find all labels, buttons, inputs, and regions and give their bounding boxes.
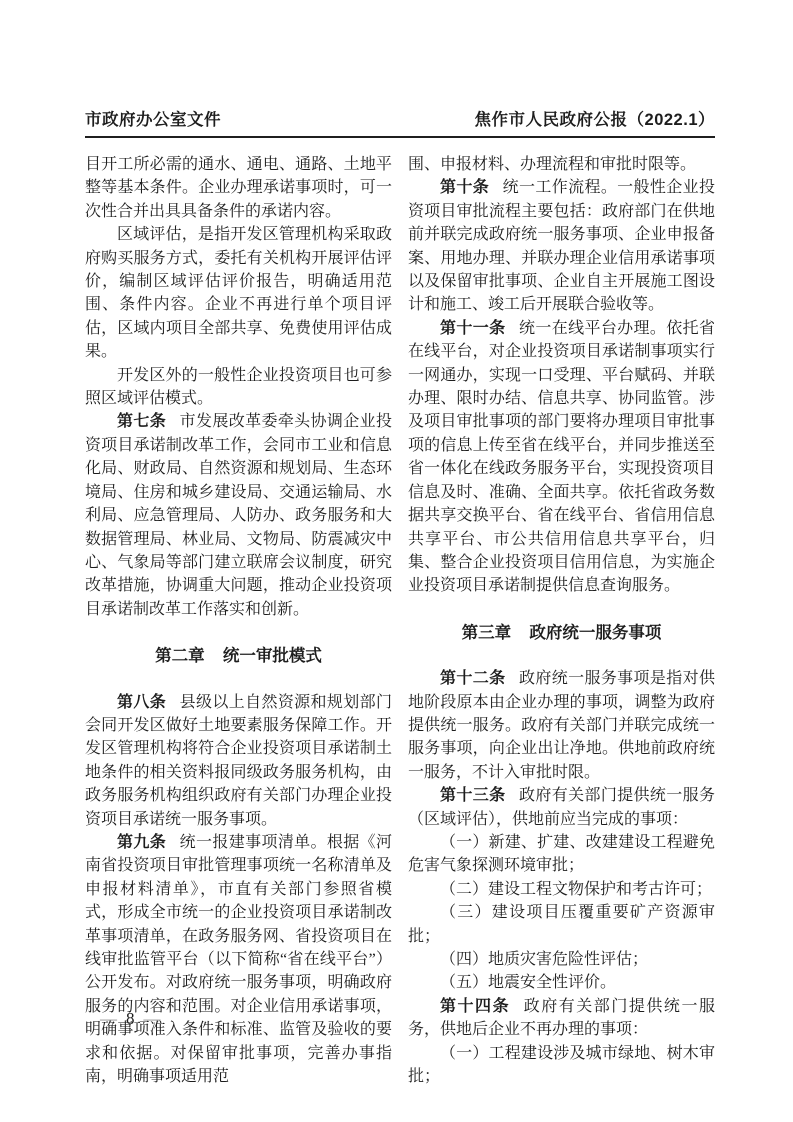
article-14-paragraph: 第十四条政府有关部门提供统一服务，供地后企业不再办理的事项： xyxy=(408,995,715,1042)
article-9-paragraph: 第九条统一报建事项清单。根据《河南省投资项目审批管理事项统一名称清单及申报材料清… xyxy=(85,831,392,1088)
body-paragraph: 目开工所必需的通水、通电、通路、土地平整等基本条件。企业办理承诺事项时，可一次性… xyxy=(85,153,392,223)
left-column: 目开工所必需的通水、通电、通路、土地平整等基本条件。企业办理承诺事项时，可一次性… xyxy=(85,153,392,1088)
article-10-text: 统一工作流程。一般性企业投资项目审批流程主要包括：政府部门在供地前并联完成政府统… xyxy=(408,179,715,313)
body-paragraph: 围、申报材料、办理流程和审批时限等。 xyxy=(408,153,715,176)
list-item: （三）建设项目压覆重要矿产资源审批； xyxy=(408,901,715,948)
article-12-paragraph: 第十二条政府统一服务事项是指对供地阶段原本由企业办理的事项，调整为政府提供统一服… xyxy=(408,667,715,784)
article-14-number: 第十四条 xyxy=(440,998,510,1015)
article-11-number: 第十一条 xyxy=(440,320,505,337)
article-8-paragraph: 第八条县级以上自然资源和规划部门会同开发区做好土地要素服务保障工作。开发区管理机… xyxy=(85,691,392,831)
chapter-3-heading: 第三章政府统一服务事项 xyxy=(408,621,715,644)
article-7-paragraph: 第七条市发展改革委牵头协调企业投资项目承诺制改革工作，会同市工业和信息化局、财政… xyxy=(85,410,392,621)
list-item: （五）地震安全性评价。 xyxy=(408,971,715,994)
page-number-dash-right: — xyxy=(144,1009,161,1028)
article-11-text: 统一在线平台办理。依托省在线平台，对企业投资项目承诺制事项实行一网通办，实现一口… xyxy=(408,320,715,594)
article-8-text: 县级以上自然资源和规划部门会同开发区做好土地要素服务保障工作。开发区管理机构将符… xyxy=(85,694,392,828)
page-number-value: 8 xyxy=(126,1009,135,1028)
body-paragraph: 区域评估，是指开发区管理机构采取政府购买服务方式，委托有关机构开展评估评价，编制… xyxy=(85,223,392,363)
document-page: 市政府办公室文件 焦作市人民政府公报（2022.1） 目开工所必需的通水、通电、… xyxy=(0,0,793,1122)
chapter-3-number: 第三章 xyxy=(462,623,512,642)
list-item: （四）地质灾害危险性评估； xyxy=(408,948,715,971)
article-9-number: 第九条 xyxy=(117,834,166,851)
article-7-number: 第七条 xyxy=(117,413,166,430)
list-item: （一）工程建设涉及城市绿地、树木审批； xyxy=(408,1042,715,1089)
chapter-2-number: 第二章 xyxy=(155,646,205,665)
article-8-number: 第八条 xyxy=(117,694,166,711)
header-right-title: 焦作市人民政府公报（2022.1） xyxy=(475,106,715,130)
list-item: （二）建设工程文物保护和考古许可； xyxy=(408,878,715,901)
content-columns: 目开工所必需的通水、通电、通路、土地平整等基本条件。企业办理承诺事项时，可一次性… xyxy=(85,153,715,1088)
article-12-number: 第十二条 xyxy=(440,670,505,687)
article-9-text: 统一报建事项清单。根据《河南省投资项目审批管理事项统一名称清单及申报材料清单》，… xyxy=(85,834,392,1085)
article-7-text: 市发展改革委牵头协调企业投资项目承诺制改革工作，会同市工业和信息化局、财政局、自… xyxy=(85,413,392,617)
chapter-3-title: 政府统一服务事项 xyxy=(529,623,661,642)
body-paragraph: 开发区外的一般性企业投资项目也可参照区域评估模式。 xyxy=(85,364,392,411)
article-11-paragraph: 第十一条统一在线平台办理。依托省在线平台，对企业投资项目承诺制事项实行一网通办，… xyxy=(408,317,715,598)
chapter-2-heading: 第二章统一审批模式 xyxy=(85,644,392,667)
page-number: —8— xyxy=(100,1008,161,1030)
page-header: 市政府办公室文件 焦作市人民政府公报（2022.1） xyxy=(85,0,715,138)
page-content: 市政府办公室文件 焦作市人民政府公报（2022.1） 目开工所必需的通水、通电、… xyxy=(85,0,715,1088)
right-column: 围、申报材料、办理流程和审批时限等。 第十条统一工作流程。一般性企业投资项目审批… xyxy=(408,153,715,1088)
page-number-dash-left: — xyxy=(100,1009,117,1028)
header-left-title: 市政府办公室文件 xyxy=(85,106,221,130)
article-13-paragraph: 第十三条政府有关部门提供统一服务（区域评估），供地前应当完成的事项： xyxy=(408,784,715,831)
article-13-number: 第十三条 xyxy=(440,787,505,804)
article-10-paragraph: 第十条统一工作流程。一般性企业投资项目审批流程主要包括：政府部门在供地前并联完成… xyxy=(408,176,715,316)
chapter-2-title: 统一审批模式 xyxy=(223,646,322,665)
article-10-number: 第十条 xyxy=(440,179,489,196)
list-item: （一）新建、扩建、改建建设工程避免危害气象探测环境审批； xyxy=(408,831,715,878)
